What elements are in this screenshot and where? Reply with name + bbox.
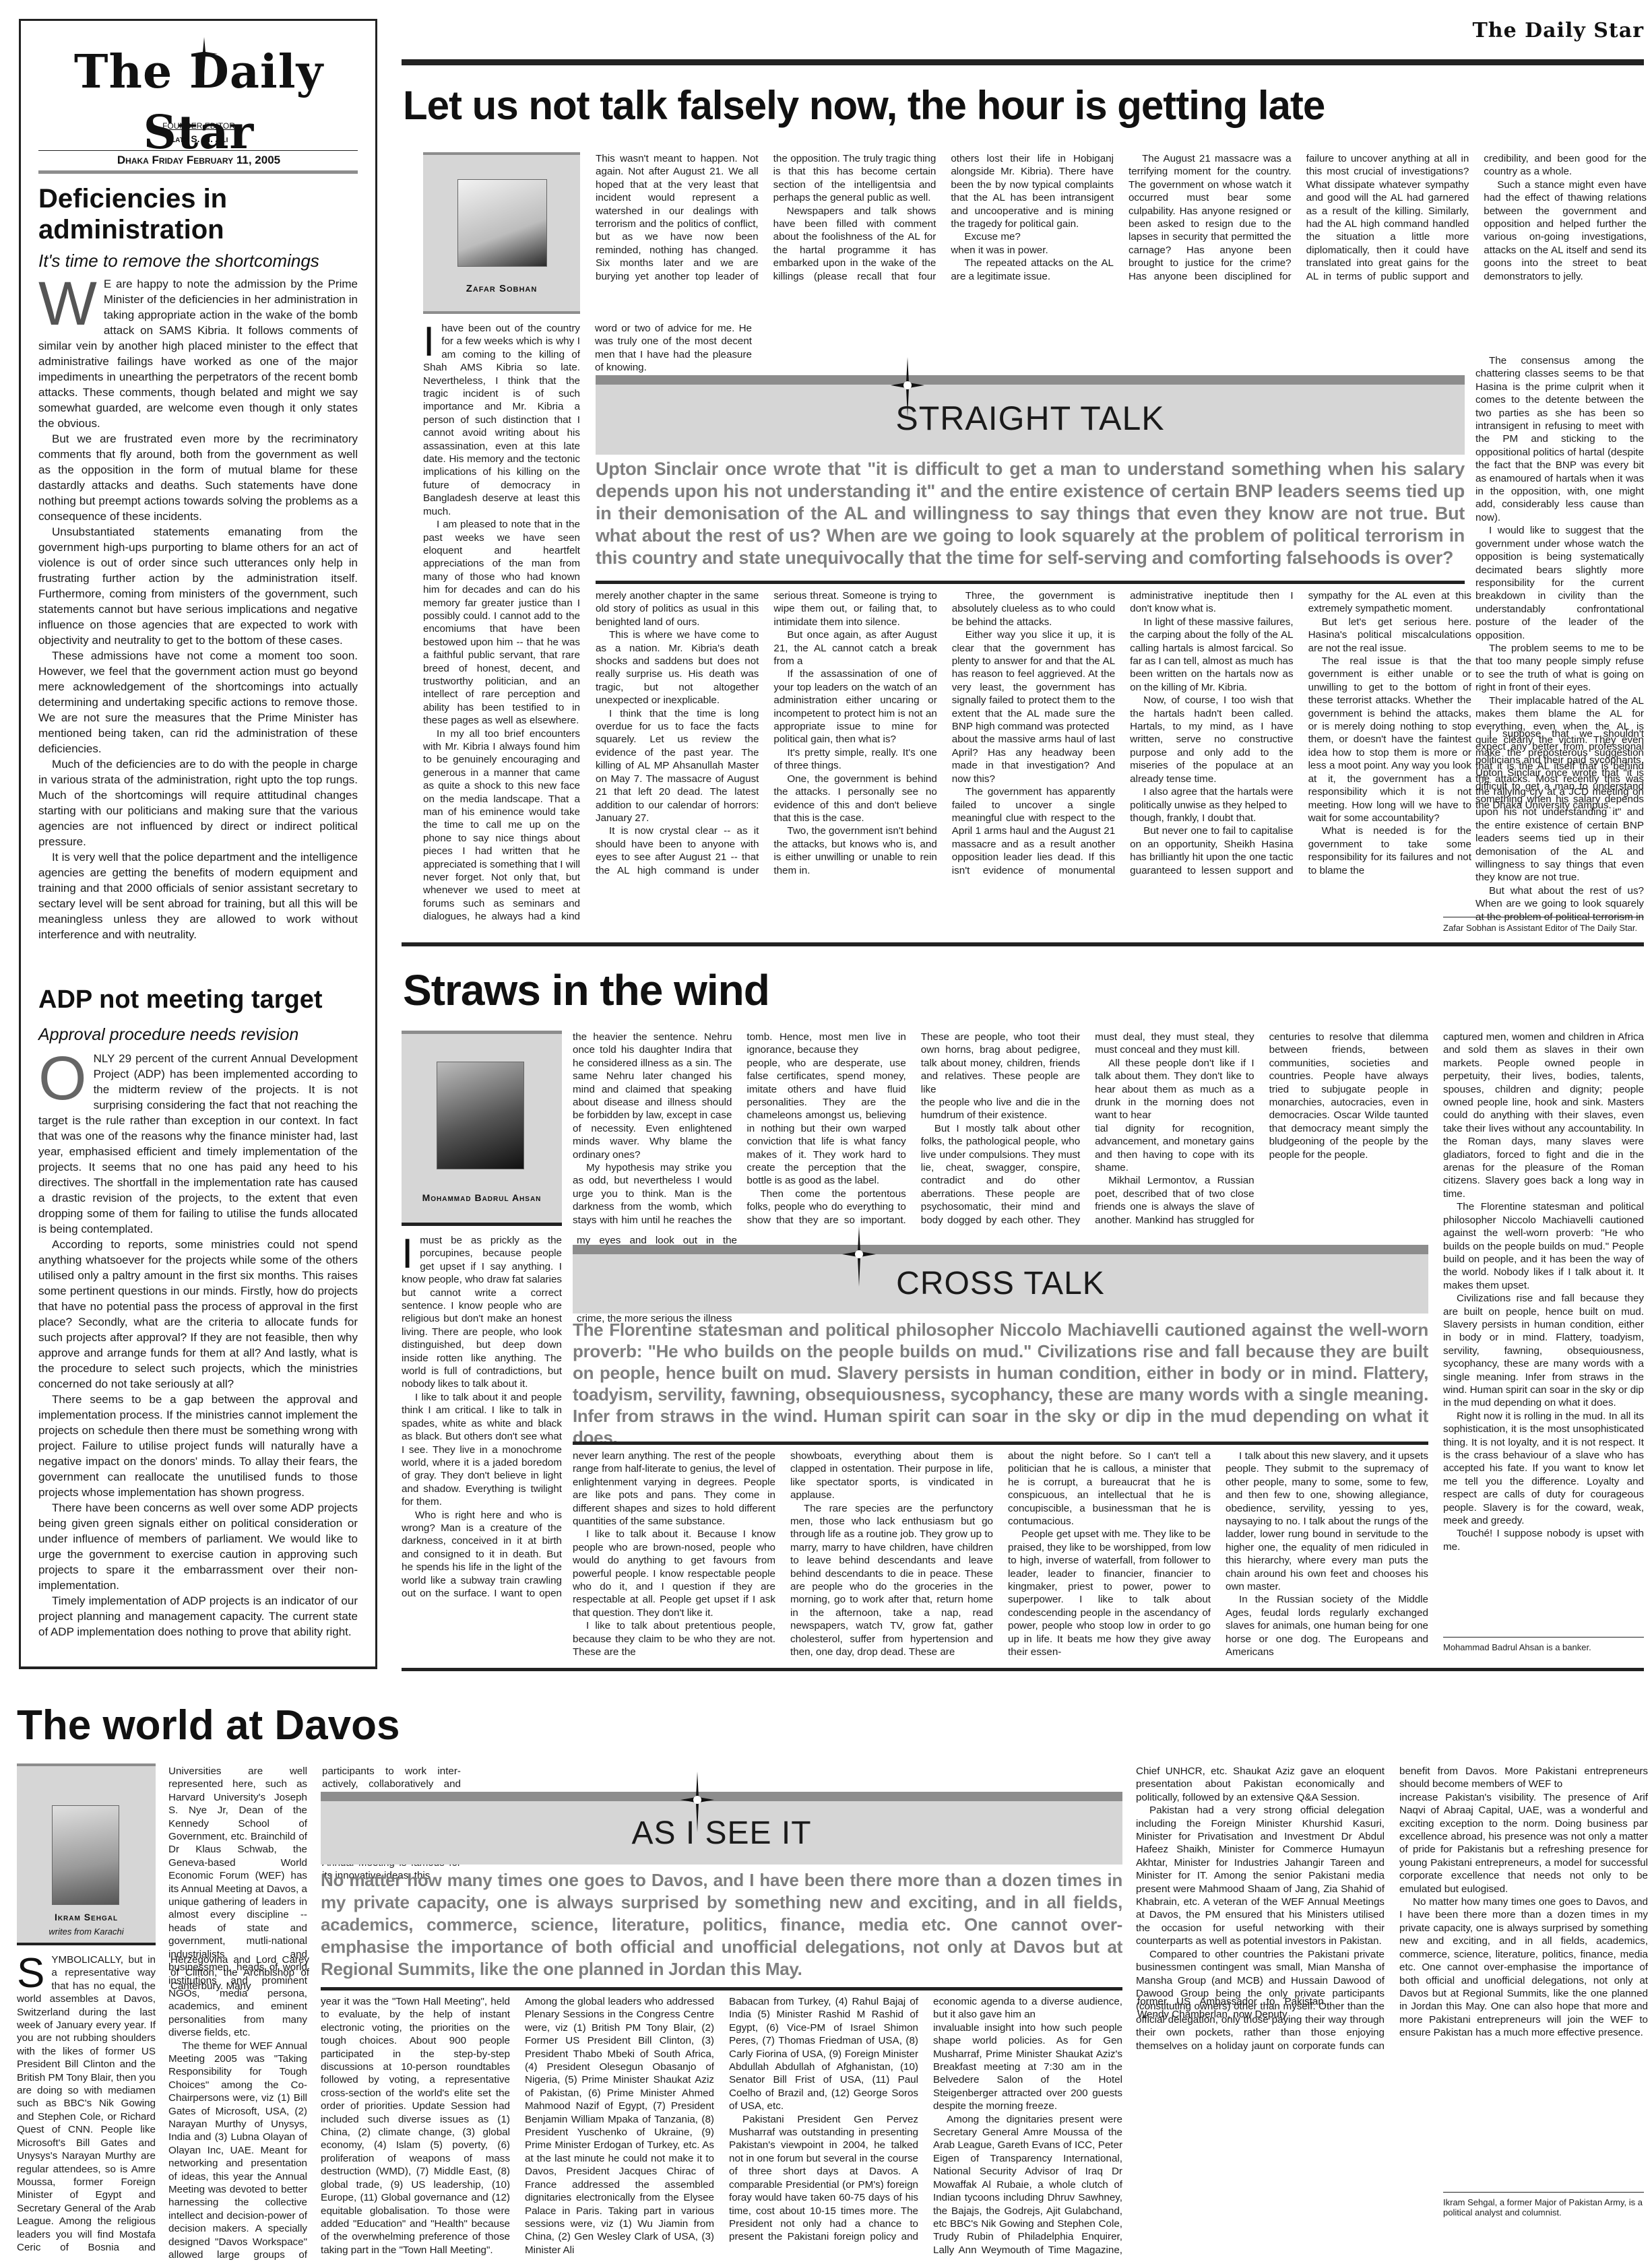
section-rule	[402, 1668, 1644, 1671]
editorial-subhead: Approval procedure needs revision	[38, 1025, 355, 1045]
article-headline: The world at Davos	[17, 1699, 825, 1753]
column-label: AS I SEE IT	[321, 1815, 1122, 1852]
article-body-left: S YMBOLICALLY, but in a representative w…	[17, 1953, 156, 2263]
article-body-col2: Universities are well represented here, …	[168, 1765, 307, 2263]
article-body-bottom: year it was the "Town Hall Meeting", hel…	[321, 1995, 1122, 2265]
editorial-headline: Deficiencies in administration	[38, 183, 348, 245]
editorial-body: O NLY 29 percent of the current Annual D…	[38, 1051, 358, 1657]
dropcap: W	[38, 279, 97, 329]
divider	[1443, 917, 1644, 917]
editorial-subhead: It's time to remove the shortcomings	[38, 251, 355, 271]
article-body-top: the heavier the sentence. Nehru once tol…	[573, 1031, 1428, 1233]
author-photo	[457, 179, 547, 267]
author-bio: Ikram Sehgal, a former Major of Pakistan…	[1443, 2197, 1644, 2217]
divider	[596, 581, 1465, 584]
author-name: Ikram Sehgal	[17, 1912, 156, 1922]
pullquote: No matter how many times one goes to Dav…	[321, 1869, 1122, 1980]
founder-name: Late S. M. Ali	[37, 133, 360, 144]
author-photo	[52, 1805, 119, 1905]
divider	[321, 1987, 1122, 1990]
editorial-headline: ADP not meeting target	[38, 985, 355, 1014]
author-note: writes from Karachi	[17, 1926, 156, 1937]
author-bio: Mohammad Badrul Ahsan is a banker.	[1443, 1642, 1644, 1652]
column-label: STRAIGHT TALK	[596, 399, 1465, 438]
divider	[38, 170, 358, 174]
dropcap: I	[402, 1237, 413, 1272]
article-body-left: I must be as prickly as the porcupines, …	[402, 1234, 562, 1605]
article-body-right: I suppose that we shouldn't expect any b…	[1475, 727, 1644, 930]
author-name: Mohammad Badrul Ahsan	[402, 1192, 562, 1203]
author-name: Zafar Sobhan	[423, 283, 580, 294]
column-label: CROSS TALK	[573, 1265, 1428, 1302]
section-rule	[402, 942, 1644, 946]
divider	[38, 150, 358, 151]
divider	[573, 1441, 1428, 1445]
author-bio: Zafar Sobhan is Assistant Editor of The …	[1443, 923, 1644, 933]
article-body-left: I have been out of the country for a few…	[423, 322, 580, 936]
article-body-top: This wasn't meant to happen. Not again. …	[596, 152, 1647, 354]
pullquote: Upton Sinclair once wrote that "it is di…	[596, 458, 1465, 569]
top-rule	[402, 59, 1644, 65]
divider	[1443, 2192, 1644, 2193]
corner-logo: The Daily Star	[1469, 19, 1644, 42]
editorial-body: W E are happy to note the admission by t…	[38, 276, 358, 916]
pullquote: The Florentine statesman and political p…	[573, 1319, 1428, 1448]
dropcap: S	[17, 1956, 44, 1991]
article-body-right: captured men, women and children in Afri…	[1443, 1031, 1644, 1623]
dropcap: I	[423, 325, 435, 360]
article-headline: Straws in the wind	[403, 963, 1077, 1017]
article-headline: Let us not talk falsely now, the hour is…	[403, 79, 1649, 132]
star-icon	[191, 37, 218, 74]
author-photo	[437, 1062, 524, 1169]
founder-label: FOUNDER EDITOR	[37, 121, 360, 131]
divider	[1443, 1637, 1644, 1638]
article-body-bottom: merely another chapter in the same old s…	[596, 589, 1471, 933]
article-body-right: Chief UNHCR, etc. Shaukat Aziz gave an e…	[1136, 1765, 1648, 2196]
dateline: Dhaka Friday February 11, 2005	[37, 154, 360, 167]
dropcap: O	[38, 1054, 87, 1103]
article-body-bottom: never learn anything. The rest of the pe…	[573, 1450, 1428, 1665]
